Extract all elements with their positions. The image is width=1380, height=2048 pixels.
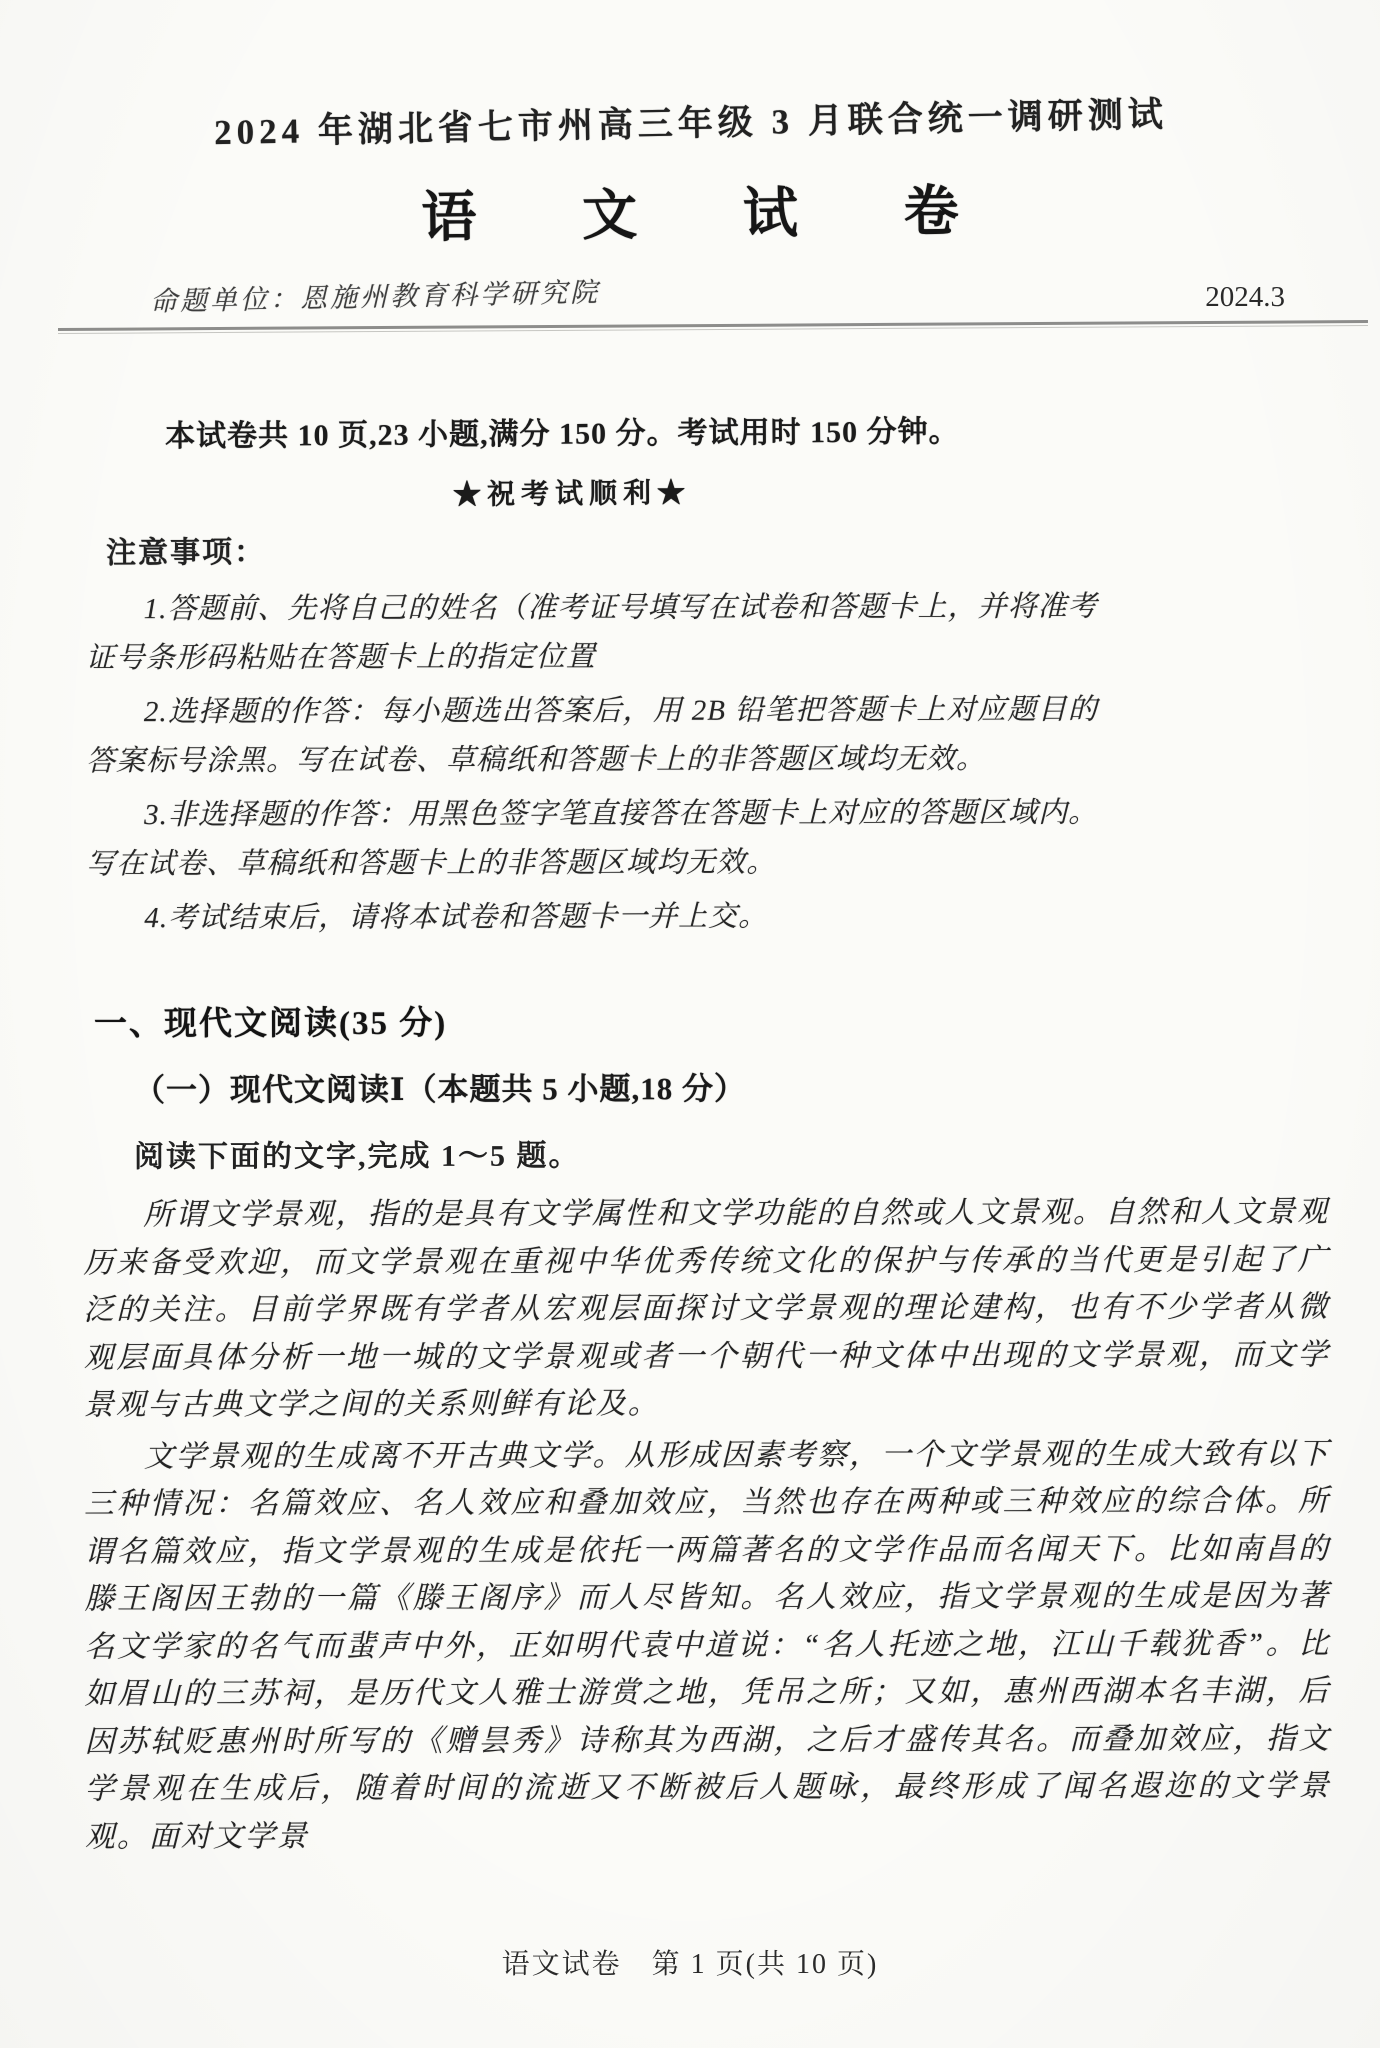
notice-item-1: 1.答题前、先将自己的姓名（准考证号填写在试卷和答题卡上，并将准考证号条形码粘贴…: [86, 583, 1098, 684]
blessing-line: ★祝考试顺利★: [0, 466, 1262, 518]
notice-item-2: 2.选择题的作答：每小题选出答案后，用 2B 铅笔把答题卡上对应题目的答案标号涂…: [86, 686, 1098, 787]
reading-passage: 所谓文学景观，指的是具有文学属性和文学功能的自然或人文景观。自然和人文景观历来备…: [83, 1188, 1331, 1860]
section-title-modern-reading: 一、现代文阅读(35 分): [94, 994, 1380, 1044]
header-divider-line: [58, 320, 1368, 334]
paper-title: 语 文 试 卷: [0, 162, 1380, 258]
reading-instruction: 阅读下面的文字,完成 1～5 题。: [134, 1128, 1380, 1175]
notice-list: 1.答题前、先将自己的姓名（准考证号填写在试卷和答题卡上，并将准考证号条形码粘贴…: [86, 583, 1099, 944]
notice-item-3: 3.非选择题的作答：用黑色签字笔直接答在答题卡上对应的答题区域内。写在试卷、草稿…: [86, 789, 1098, 890]
passage-paragraph-2: 文学景观的生成离不开古典文学。从形成因素考察，一个文学景观的生成大致有以下三种情…: [84, 1430, 1331, 1861]
issuer-row: 命题单位：恩施州教育科学研究院 2024.3: [150, 275, 1285, 314]
notice-item-4: 4.考试结束后，请将本试卷和答题卡一并上交。: [86, 892, 1098, 944]
exam-info-line: 本试卷共 10 页,23 小题,满分 150 分。考试用时 150 分钟。: [105, 404, 1260, 455]
passage-paragraph-1: 所谓文学景观，指的是具有文学属性和文学功能的自然或人文景观。自然和人文景观历来备…: [83, 1188, 1330, 1429]
exam-date: 2024.3: [1205, 281, 1285, 314]
page-footer: 语文试卷 第 1 页(共 10 页): [0, 1942, 1380, 1982]
subsection-title-reading-1: （一）现代文阅读Ⅰ（本题共 5 小题,18 分）: [134, 1061, 1380, 1109]
issuer-line: 命题单位：恩施州教育科学研究院: [150, 270, 601, 318]
exam-title: 2024 年湖北省七市州高三年级 3 月联合统一调研测试: [0, 0, 1380, 159]
notice-title: 注意事项：: [106, 520, 1380, 572]
scanned-exam-page: 2024 年湖北省七市州高三年级 3 月联合统一调研测试 语 文 试 卷 命题单…: [0, 0, 1380, 2048]
